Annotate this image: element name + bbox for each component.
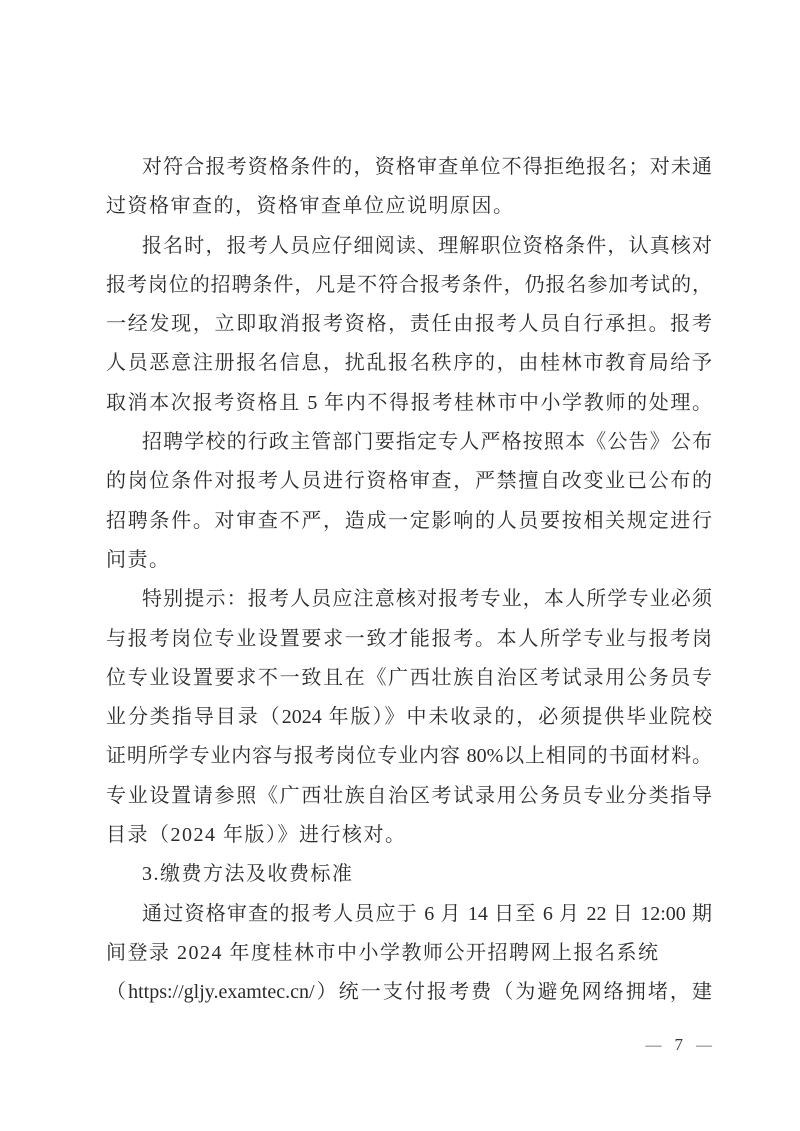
- text-line: （https://gljy.examtec.cn/）统一支付报考费（为避免网络拥…: [106, 973, 712, 1012]
- text-line: 招聘条件。对审查不严，造成一定影响的人员要按相关规定进行: [106, 502, 712, 541]
- text-line: 人员恶意注册报名信息，扰乱报名秩序的，由桂林市教育局给予: [106, 344, 712, 383]
- text-line: 对符合报考资格条件的，资格审查单位不得拒绝报名；对未通: [106, 148, 712, 187]
- page-number-dash-left: —: [646, 1037, 662, 1054]
- text-line: 取消本次报考资格且 5 年内不得报考桂林市中小学教师的处理。: [106, 384, 712, 423]
- document-body: 对符合报考资格条件的，资格审查单位不得拒绝报名；对未通 过资格审查的，资格审查单…: [106, 148, 712, 1013]
- text-line: 通过资格审查的报考人员应于 6 月 14 日至 6 月 22 日 12:00 期: [106, 895, 712, 934]
- text-line: 位专业设置要求不一致且在《广西壮族自治区考试录用公务员专: [106, 659, 712, 698]
- text-line: 问责。: [106, 541, 712, 580]
- text-line: 证明所学专业内容与报考岗位专业内容 80%以上相同的书面材料。: [106, 737, 712, 776]
- page-number-value: 7: [675, 1034, 684, 1056]
- text-line: 招聘学校的行政主管部门要指定专人严格按照本《公告》公布: [106, 423, 712, 462]
- page-number-dash-right: —: [696, 1037, 712, 1054]
- text-line: 特别提示：报考人员应注意核对报考专业，本人所学专业必须: [106, 580, 712, 619]
- text-line: 专业设置请参照《广西壮族自治区考试录用公务员专业分类指导: [106, 777, 712, 816]
- page-number: —7—: [106, 1034, 712, 1057]
- text-line: 报考岗位的招聘条件，凡是不符合报考条件，仍报名参加考试的，: [106, 266, 712, 305]
- section-heading: 3.缴费方法及收费标准: [106, 855, 712, 894]
- text-line: 间登录 2024 年度桂林市中小学教师公开招聘网上报名系统: [106, 934, 712, 973]
- text-line: 目录（2024 年版）》进行核对。: [106, 816, 712, 855]
- text-line: 过资格审查的，资格审查单位应说明原因。: [106, 187, 712, 226]
- text-line: 报名时，报考人员应仔细阅读、理解职位资格条件，认真核对: [106, 227, 712, 266]
- text-line: 一经发现，立即取消报考资格，责任由报考人员自行承担。报考: [106, 305, 712, 344]
- text-line: 与报考岗位专业设置要求一致才能报考。本人所学专业与报考岗: [106, 620, 712, 659]
- document-page: 对符合报考资格条件的，资格审查单位不得拒绝报名；对未通 过资格审查的，资格审查单…: [0, 0, 800, 1131]
- text-line: 业分类指导目录（2024 年版）》中未收录的，必须提供毕业院校: [106, 698, 712, 737]
- text-line: 的岗位条件对报考人员进行资格审查，严禁擅自改变业已公布的: [106, 462, 712, 501]
